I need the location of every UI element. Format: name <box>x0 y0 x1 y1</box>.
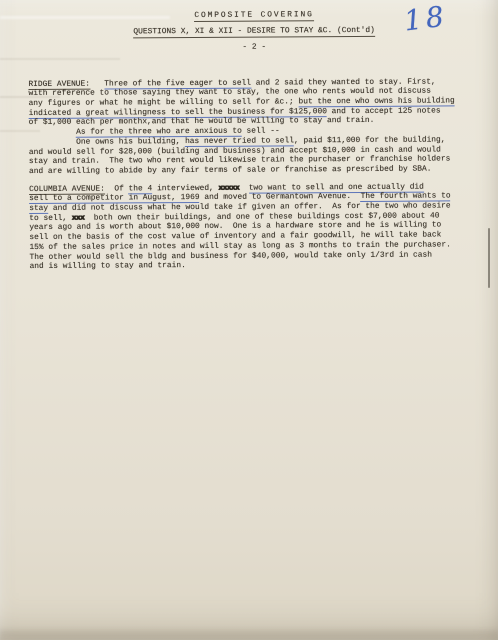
typed-over-word: xxx <box>72 213 84 222</box>
typewritten-text-block: COMPOSITE COVERING QUESTIONS X, XI & XII… <box>28 9 482 272</box>
text-segment <box>90 79 104 88</box>
document-title: COMPOSITE COVERING <box>28 9 480 21</box>
document-subtitle: QUESTIONS X, XI & XII - DESIRE TO STAY &… <box>28 25 480 37</box>
pen-underlined-text: stay <box>29 204 48 214</box>
text-segment: to sell, <box>29 213 72 222</box>
text-segment: and to accept 125 notes <box>327 106 441 116</box>
text-segment: and is willing to stay and train. <box>30 261 186 271</box>
scan-artifact-smudge <box>0 630 498 640</box>
page-number: - 2 - <box>28 41 480 53</box>
text-segment: sell -- <box>242 127 280 136</box>
text-segment: and 2 said they wanted to stay. First, <box>251 77 436 87</box>
document-subtitle-text: QUESTIONS X, XI & XII - DESIRE TO STAY &… <box>133 26 375 38</box>
text-line: and are willing to abide by any fair ter… <box>29 164 481 176</box>
scan-artifact-edge-line <box>488 228 490 288</box>
paragraph-columbia-avenue: COLUMBIA AVENUE: Of the 4 interviewed, x… <box>29 182 482 272</box>
text-segment: One owns his building, <box>76 137 185 147</box>
text-segment <box>239 183 249 192</box>
pen-underlined-text: the 4 <box>129 184 153 194</box>
text-segment: and are willing to abide by any fair ter… <box>29 164 432 175</box>
document-title-text: COMPOSITE COVERING <box>194 10 313 21</box>
text-segment: interviewed, <box>152 183 218 192</box>
text-segment: , paid $11,000 for the building, <box>294 135 446 145</box>
text-segment: any figures or what he might be willing … <box>29 97 299 108</box>
text-segment: Of <box>105 184 129 193</box>
document-body: RIDGE AVENUE: Three of the five eager to… <box>28 77 481 272</box>
text-segment: The other would sell the bldg and busine… <box>29 250 432 261</box>
text-segment: of $1,000 each per monthx,and that he wo… <box>29 116 375 127</box>
text-segment: and moved to Germantown Avenue. <box>200 192 361 202</box>
paragraph-ridge-avenue: RIDGE AVENUE: Three of the five eager to… <box>28 77 481 177</box>
typed-over-word: xxxxx <box>218 183 239 192</box>
